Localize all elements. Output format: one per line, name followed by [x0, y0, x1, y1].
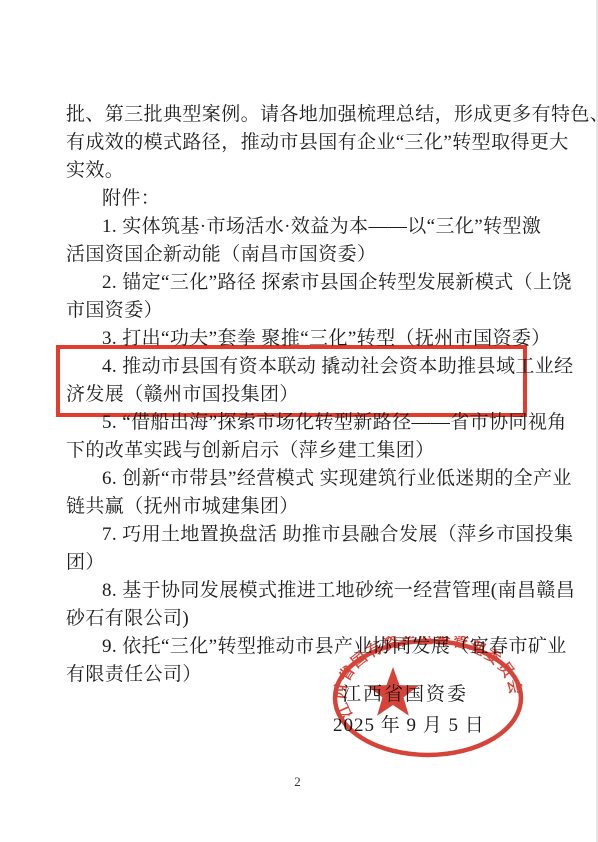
paragraph: 8. 基于协同发展模式推进工地砂统一经营管理(南昌赣昌砂石有限公司) [66, 577, 532, 633]
body-line: 附件： [66, 185, 532, 213]
body-line: 8. 基于协同发展模式推进工地砂统一经营管理(南昌赣昌 [66, 577, 532, 605]
paragraph: 6. 创新“市带县”经营模式 实现建筑行业低迷期的全产业链共赢（抚州市城建集团） [66, 465, 532, 521]
paragraph: 5. “借船出海”探索市场化转型新路径——省市协同视角下的改革实践与创新启示（萍… [66, 409, 532, 465]
body-line: 4. 推动市县国有资本联动 撬动社会资本助推县域工业经 [66, 353, 523, 381]
page-number: 2 [0, 774, 596, 790]
body-line: 6. 创新“市带县”经营模式 实现建筑行业低迷期的全产业 [66, 465, 532, 493]
paragraph: 3. 打出“功夫”套拳 聚推“三化”转型（抚州市国资委） [66, 325, 532, 353]
seal-star-icon [367, 667, 418, 716]
paragraph: 7. 巧用土地置换盘活 助推市县融合发展（萍乡市国投集团） [66, 521, 532, 577]
svg-text:江西省国有资产监督管理委员会: 江西省国有资产监督管理委员会 [331, 636, 525, 722]
body-line: 批、第三批典型案例。请各地加强梳理总结，形成更多有特色、 [66, 101, 532, 129]
body-line: 1. 实体筑基·市场活水·效益为本——以“三化”转型激 [66, 213, 532, 241]
body-line: 团） [66, 549, 532, 577]
document-body: 批、第三批典型案例。请各地加强梳理总结，形成更多有特色、有成效的模式路径，推动市… [66, 101, 532, 689]
body-line: 链共赢（抚州市城建集团） [66, 493, 532, 521]
body-line: 实效。 [66, 157, 532, 185]
body-line: 砂石有限公司) [66, 605, 532, 633]
body-line: 活国资国企新动能（南昌市国资委） [66, 241, 532, 269]
paragraph: 批、第三批典型案例。请各地加强梳理总结，形成更多有特色、有成效的模式路径，推动市… [66, 101, 532, 185]
body-line: 5. “借船出海”探索市场化转型新路径——省市协同视角 [66, 409, 532, 437]
body-line: 3. 打出“功夫”套拳 聚推“三化”转型（抚州市国资委） [66, 325, 532, 353]
body-line: 市国资委） [66, 297, 532, 325]
document-page: 批、第三批典型案例。请各地加强梳理总结，形成更多有特色、有成效的模式路径，推动市… [0, 0, 598, 842]
body-line: 有成效的模式路径，推动市县国有企业“三化”转型取得更大 [66, 129, 532, 157]
paragraph: 1. 实体筑基·市场活水·效益为本——以“三化”转型激活国资国企新动能（南昌市国… [66, 213, 532, 269]
official-seal: 江西省国有资产监督管理委员会 [330, 636, 526, 762]
paragraph: 附件： [66, 185, 532, 213]
highlighted-paragraph: 4. 推动市县国有资本联动 撬动社会资本助推县域工业经济发展（赣州市国投集团） [56, 345, 527, 417]
seal-ring-text: 江西省国有资产监督管理委员会 [331, 636, 525, 722]
body-line: 7. 巧用土地置换盘活 助推市县融合发展（萍乡市国投集 [66, 521, 532, 549]
body-line: 2. 锚定“三化”路径 探索市县国企转型发展新模式（上饶 [66, 269, 532, 297]
paragraph: 2. 锚定“三化”路径 探索市县国企转型发展新模式（上饶市国资委） [66, 269, 532, 325]
body-line: 济发展（赣州市国投集团） [66, 381, 523, 409]
body-line: 下的改革实践与创新启示（萍乡建工集团） [66, 437, 532, 465]
